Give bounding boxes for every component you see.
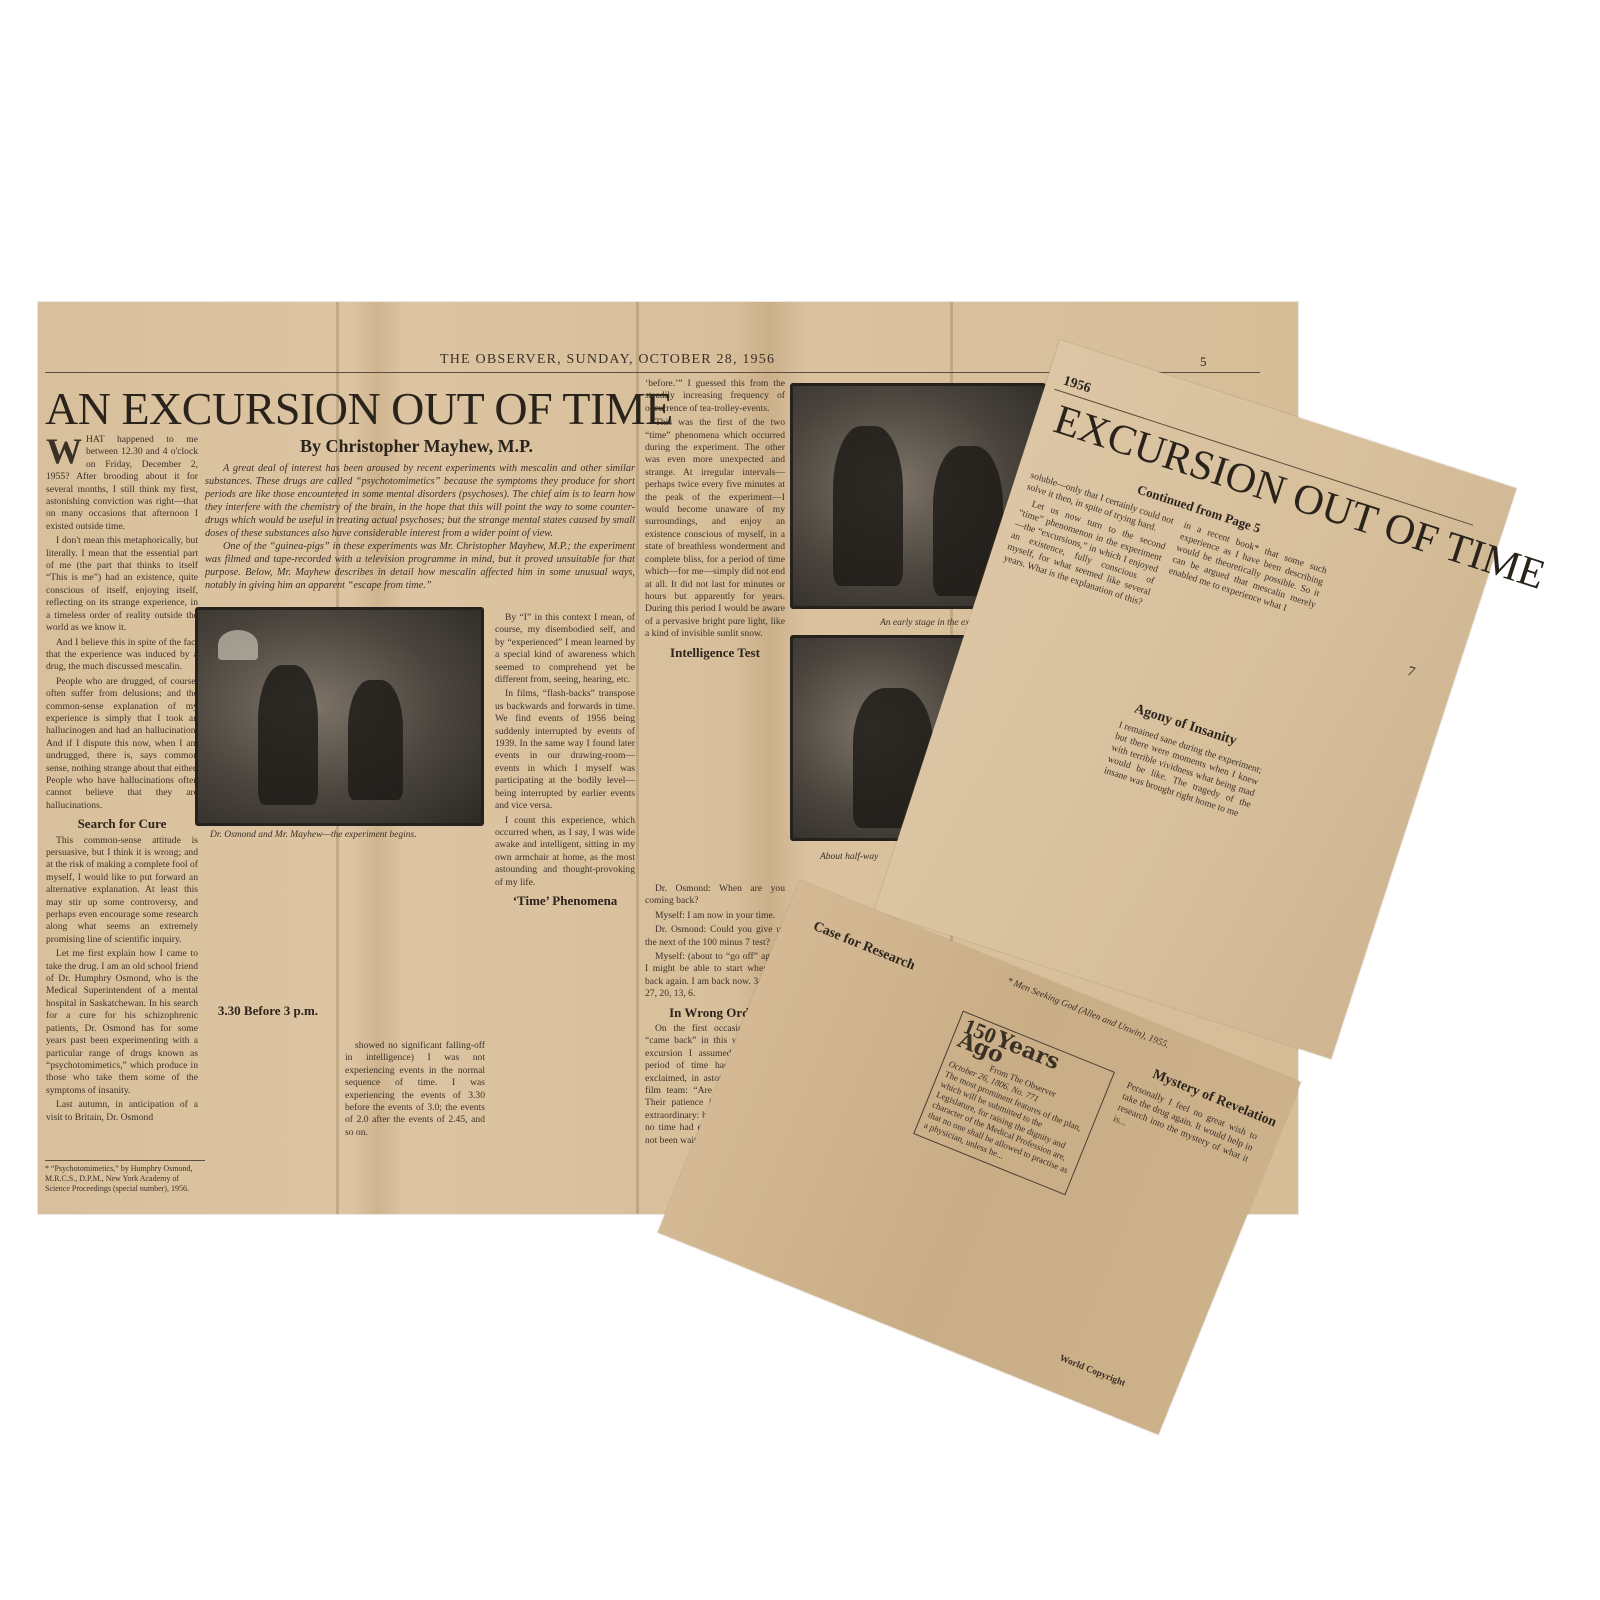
paragraph: showed no significant falling-off in int… bbox=[345, 1040, 485, 1139]
paragraph: Last autumn, in anticipation of a visit … bbox=[46, 1099, 198, 1124]
page-year: 1956 bbox=[1061, 373, 1093, 397]
photo-caption: Dr. Osmond and Mr. Mayhew—the experiment… bbox=[210, 830, 417, 840]
subheading: 3.30 Before 3 p.m. bbox=[198, 1005, 338, 1017]
paragraph: This was the first of the two “time” phe… bbox=[645, 417, 785, 640]
subheading: ‘Time’ Phenomena bbox=[495, 895, 635, 907]
masthead: THE OBSERVER, SUNDAY, OCTOBER 28, 1956 bbox=[440, 352, 775, 368]
photo-caption: About half-way bbox=[820, 852, 878, 862]
subheading: Search for Cure bbox=[46, 818, 198, 830]
paragraph: This common-sense attitude is persuasive… bbox=[46, 835, 198, 947]
intro-standfirst: A great deal of interest has been arouse… bbox=[205, 462, 635, 592]
page-number: 5 bbox=[1200, 354, 1207, 370]
intro-paragraph: A great deal of interest has been arouse… bbox=[205, 462, 635, 540]
photo-experiment-begins bbox=[195, 607, 484, 826]
copyright-notice: World Copyright bbox=[1058, 1353, 1127, 1390]
article-column-4: By “I” in this context I mean, of course… bbox=[495, 612, 635, 911]
paragraph: People who are drugged, of course, often… bbox=[46, 676, 198, 812]
paragraph: In films, “flash-backs” transpose us bac… bbox=[495, 688, 635, 812]
paragraph: By “I” in this context I mean, of course… bbox=[495, 612, 635, 686]
dialogue-line: Dr. Osmond: When are you coming back? bbox=[645, 883, 785, 908]
paragraph: And I believe this in spite of the fact … bbox=[46, 637, 198, 674]
150-years-ago-box: 150 Years Ago From The Observer October … bbox=[913, 1011, 1115, 1196]
headline: AN EXCURSION OUT OF TIME bbox=[45, 382, 673, 435]
paragraph: I count this experience, which occurred … bbox=[495, 815, 635, 889]
section-heading: Case for Research bbox=[811, 919, 917, 974]
fold-line bbox=[636, 302, 639, 1214]
article-column-2: 3.30 Before 3 p.m. bbox=[198, 855, 338, 1021]
intro-paragraph: One of the “guinea-pigs” in these experi… bbox=[205, 540, 635, 592]
paragraph: in a recent book* that some such experie… bbox=[1167, 520, 1328, 623]
page-number: 7 bbox=[1405, 664, 1417, 681]
text-column: in a recent book* that some such experie… bbox=[1167, 520, 1328, 623]
dropcap: W bbox=[46, 436, 82, 466]
paragraph: I remained sane during the experiment; b… bbox=[1102, 719, 1263, 822]
paragraph: I don't mean this metaphorically, but li… bbox=[46, 535, 198, 634]
byline: By Christopher Mayhew, M.P. bbox=[300, 436, 533, 457]
paragraph: ‘before.’” I guessed this from the stead… bbox=[645, 378, 785, 415]
dialogue-line: Dr. Osmond: Could you give us the next o… bbox=[645, 924, 785, 949]
footnote: * “Psychotomimetics,” by Humphry Osmond,… bbox=[45, 1160, 205, 1194]
subheading: Intelligence Test bbox=[645, 647, 785, 659]
article-column-3: showed no significant falling-off in int… bbox=[345, 1040, 485, 1141]
paragraph: Let me first explain how I came to take … bbox=[46, 948, 198, 1097]
dialogue-line: Myself: I am now in your time. bbox=[645, 910, 785, 922]
article-column-1: W HAT happened to me between 12.30 and 4… bbox=[46, 434, 198, 1126]
